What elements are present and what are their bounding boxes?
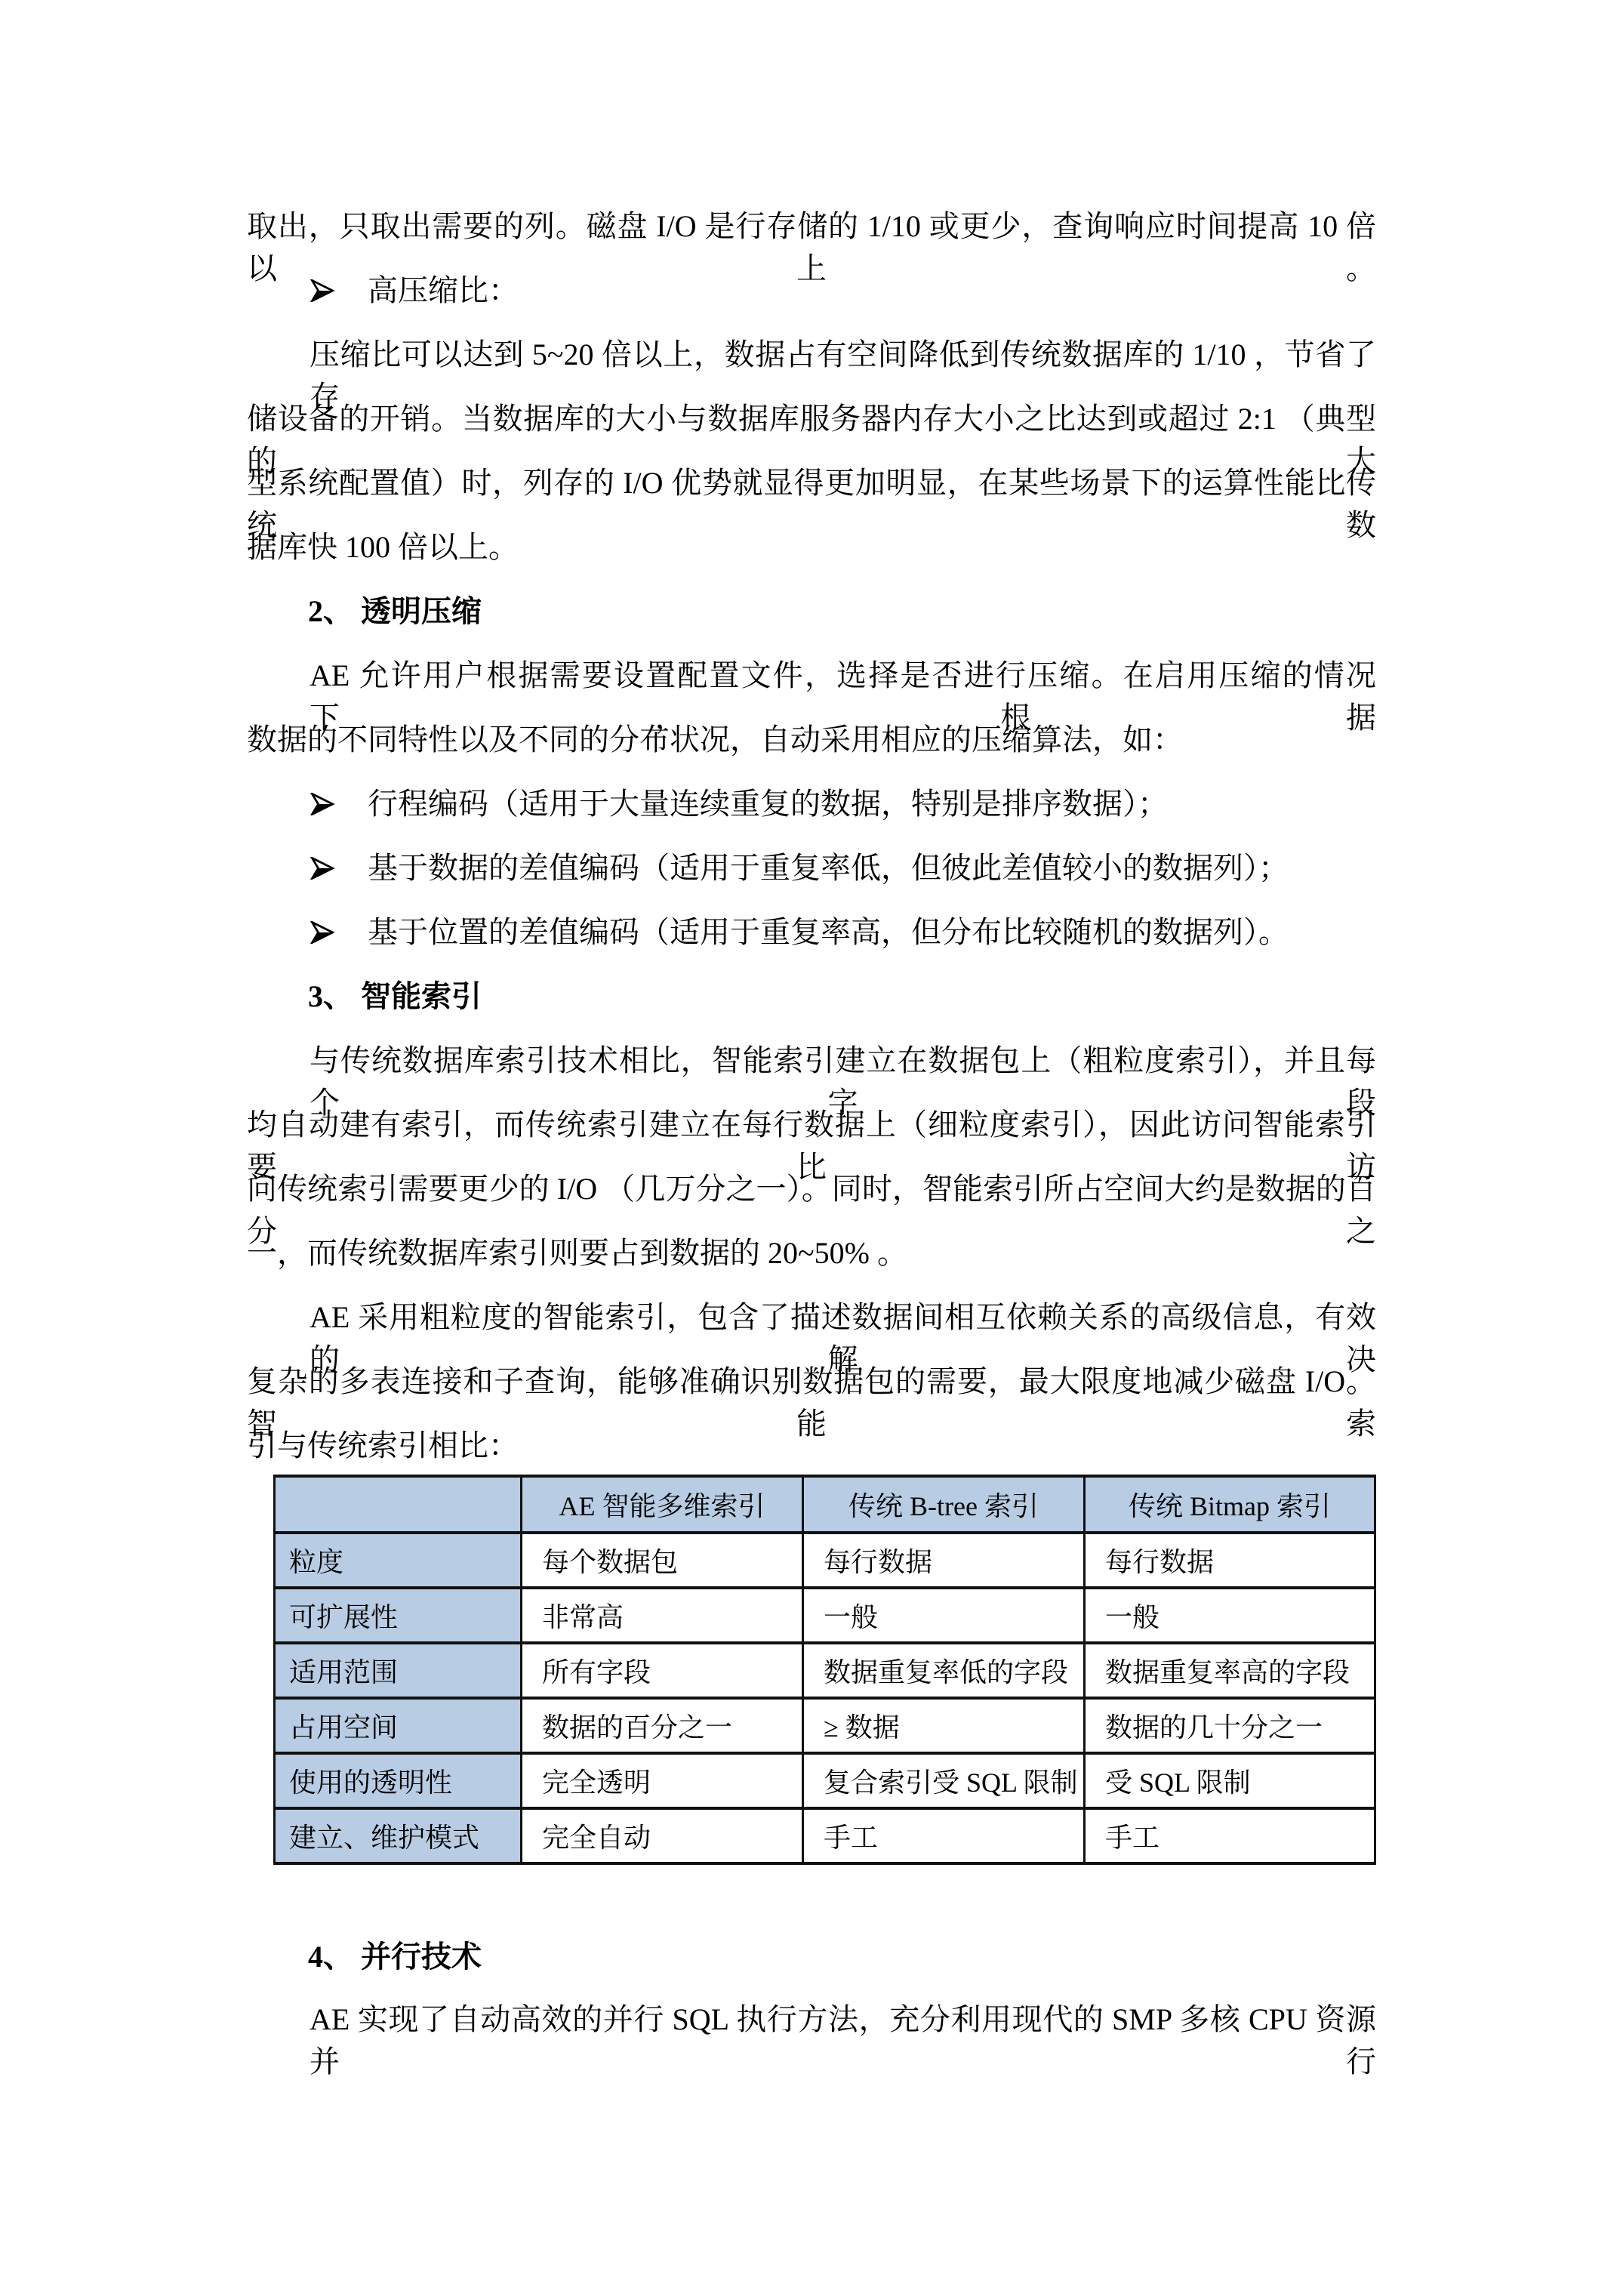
row-label: 粒度 [275, 1533, 522, 1588]
table-cell: 手工 [803, 1808, 1085, 1863]
list-item-text: 基于位置的差值编码（适用于重复率高，但分布比较随机的数据列）。 [368, 915, 1289, 949]
row-label: 适用范围 [275, 1643, 522, 1698]
table-row: 粒度 每个数据包 每行数据 每行数据 [275, 1533, 1375, 1588]
table-cell: 每行数据 [803, 1533, 1085, 1588]
body-line: AE 实现了自动高效的并行 SQL 执行方法，充分利用现代的 SMP 多核 CP… [247, 1999, 1376, 2083]
table-cell: 完全自动 [522, 1808, 803, 1863]
table-header-empty [275, 1476, 522, 1533]
table-cell: 数据重复率低的字段 [803, 1643, 1085, 1698]
table-cell: 复合索引受 SQL 限制 [803, 1753, 1085, 1808]
list-item-text: 高压缩比： [368, 273, 519, 307]
table-cell: 数据的几十分之一 [1085, 1698, 1375, 1753]
table-row: 建立、维护模式 完全自动 手工 手工 [275, 1808, 1375, 1863]
table-header-ae-index: AE 智能多维索引 [522, 1476, 803, 1533]
table-header-row: AE 智能多维索引 传统 B-tree 索引 传统 Bitmap 索引 [275, 1476, 1375, 1533]
document-page: 取出，只取出需要的列。磁盘 I/O 是行存储的 1/10 或更少，查询响应时间提… [0, 0, 1623, 2296]
table-row: 使用的透明性 完全透明 复合索引受 SQL 限制 受 SQL 限制 [275, 1753, 1375, 1808]
list-item: 高压缩比： [310, 270, 519, 312]
table-cell: 手工 [1085, 1808, 1375, 1863]
body-line: 一，而传统数据库索引则要占到数据的 20~50% 。 [247, 1232, 1376, 1274]
table-header-bitmap-index: 传统 Bitmap 索引 [1085, 1476, 1375, 1533]
index-comparison-table: AE 智能多维索引 传统 B-tree 索引 传统 Bitmap 索引 粒度 每… [273, 1475, 1376, 1865]
arrow-bullet-icon [310, 911, 337, 954]
body-line: 引与传统索引相比： [247, 1425, 1376, 1467]
list-item-text: 基于数据的差值编码（适用于重复率低，但彼此差值较小的数据列）； [368, 851, 1289, 885]
table-cell: 每个数据包 [522, 1533, 803, 1588]
table-cell: 受 SQL 限制 [1085, 1753, 1375, 1808]
section-heading-transparent-compression: 2、 透明压缩 [308, 590, 482, 633]
row-label: 使用的透明性 [275, 1753, 522, 1808]
table-row: 适用范围 所有字段 数据重复率低的字段 数据重复率高的字段 [275, 1643, 1375, 1698]
table-cell: 所有字段 [522, 1643, 803, 1698]
table-cell: 非常高 [522, 1588, 803, 1643]
table-cell: 数据的百分之一 [522, 1698, 803, 1753]
table-row: 可扩展性 非常高 一般 一般 [275, 1588, 1375, 1643]
section-heading-smart-index: 3、 智能索引 [308, 975, 482, 1018]
body-line: 数据的不同特性以及不同的分布状况，自动采用相应的压缩算法，如： [247, 719, 1376, 761]
row-label: 可扩展性 [275, 1588, 522, 1643]
arrow-bullet-icon [310, 270, 337, 312]
row-label: 占用空间 [275, 1698, 522, 1753]
list-item-text: 行程编码（适用于大量连续重复的数据，特别是排序数据）； [368, 787, 1168, 821]
list-item: 基于位置的差值编码（适用于重复率高，但分布比较随机的数据列）。 [310, 911, 1289, 954]
row-label: 建立、维护模式 [275, 1808, 522, 1863]
body-line: 据库快 100 倍以上。 [247, 526, 1376, 569]
arrow-bullet-icon [310, 847, 337, 889]
table-cell: 数据重复率高的字段 [1085, 1643, 1375, 1698]
table-cell: 一般 [1085, 1588, 1375, 1643]
list-item: 基于数据的差值编码（适用于重复率低，但彼此差值较小的数据列）； [310, 847, 1289, 889]
table-cell: 每行数据 [1085, 1533, 1375, 1588]
table-header-btree-index: 传统 B-tree 索引 [803, 1476, 1085, 1533]
table-cell: 完全透明 [522, 1753, 803, 1808]
table-cell: ≥ 数据 [803, 1698, 1085, 1753]
arrow-bullet-icon [310, 783, 337, 825]
table-row: 占用空间 数据的百分之一 ≥ 数据 数据的几十分之一 [275, 1698, 1375, 1753]
list-item: 行程编码（适用于大量连续重复的数据，特别是排序数据）； [310, 783, 1168, 825]
section-heading-parallel-technology: 4、 并行技术 [308, 1936, 482, 1978]
table-cell: 一般 [803, 1588, 1085, 1643]
